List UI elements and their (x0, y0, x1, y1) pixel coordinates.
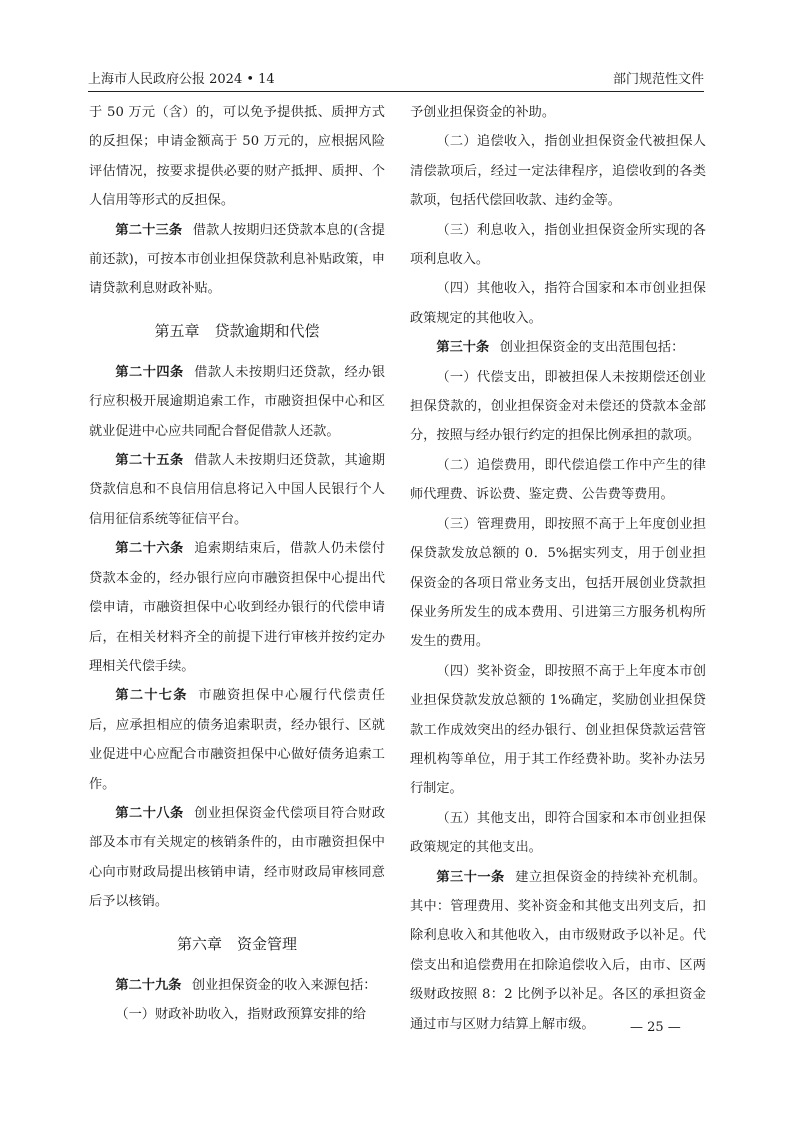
article-text: 创业担保资金的支出范围包括： (500, 340, 685, 355)
article-27: 第二十七条市融资担保中心履行代偿责任后，应承担相应的债务追索职责，经办银行、区就… (89, 681, 385, 799)
chapter-heading: 第六章 资金管理 (89, 929, 385, 959)
section-title: 部门规范性文件 (613, 68, 704, 87)
list-item: （一）代偿支出，即被担保人未按期偿还创业担保贷款的，创业担保资金对未偿还的贷款本… (410, 363, 706, 451)
list-item: （四）奖补资金，即按照不高于上年度本市创业担保贷款发放总额的 1%确定，奖励创业… (410, 657, 706, 804)
header-rule (88, 91, 704, 92)
list-item: （三）利息收入，指创业担保资金所实现的各项利息收入。 (410, 216, 706, 275)
article-title: 第三十条 (436, 340, 489, 355)
article-23: 第二十三条借款人按期归还贷款本息的(含提前还款)，可按本市创业担保贷款利息补贴政… (89, 216, 385, 304)
article-25: 第二十五条借款人未按期归还贷款，其逾期贷款信息和不良信用信息将记入中国人民银行个… (89, 446, 385, 534)
left-column: 于 50 万元（含）的，可以免予提供抵、质押方式的反担保；申请金额高于 50 万… (89, 98, 385, 1029)
article-title: 第二十九条 (115, 978, 181, 993)
article-title: 第二十六条 (115, 541, 183, 556)
list-item: （一）财政补助收入，指财政预算安排的给 (89, 1000, 385, 1029)
article-26: 第二十六条追索期结束后，借款人仍未偿付贷款本金的，经办银行应向市融资担保中心提出… (89, 534, 385, 681)
publication-title: 上海市人民政府公报 2024 • 14 (88, 68, 275, 87)
list-item: （二）追偿费用，即代偿追偿工作中产生的律师代理费、诉讼费、鉴定费、公告费等费用。 (410, 451, 706, 510)
list-item: （四）其他收入，指符合国家和本市创业担保政策规定的其他收入。 (410, 274, 706, 333)
page-number: — 25 — (630, 1020, 681, 1035)
article-text: 追索期结束后，借款人仍未偿付贷款本金的，经办银行应向市融资担保中心提出代偿申请，… (89, 541, 385, 674)
paragraph: 予创业担保资金的补助。 (410, 98, 706, 127)
article-30: 第三十条创业担保资金的支出范围包括： (410, 333, 706, 362)
paragraph: 于 50 万元（含）的，可以免予提供抵、质押方式的反担保；申请金额高于 50 万… (89, 98, 385, 216)
article-title: 第三十一条 (436, 870, 504, 885)
article-29: 第二十九条创业担保资金的收入来源包括： (89, 971, 385, 1000)
article-28: 第二十八条创业担保资金代偿项目符合财政部及本市有关规定的核销条件的，由市融资担保… (89, 799, 385, 917)
article-title: 第二十五条 (115, 453, 183, 468)
article-title: 第二十三条 (115, 223, 182, 238)
article-title: 第二十八条 (115, 806, 183, 821)
article-text: 建立担保资金的持续补充机制。其中：管理费用、奖补资金和其他支出列支后，扣除利息收… (410, 870, 706, 1032)
article-text: 创业担保资金的收入来源包括： (192, 978, 377, 993)
article-24: 第二十四条借款人未按期归还贷款，经办银行应积极开展逾期追索工作，市融资担保中心和… (89, 358, 385, 446)
list-item: （二）追偿收入，指创业担保资金代被担保人清偿款项后，经过一定法律程序，追偿收到的… (410, 127, 706, 215)
list-item: （三）管理费用，即按照不高于上年度创业担保贷款发放总额的 0．5%据实列支，用于… (410, 510, 706, 657)
running-header: 上海市人民政府公报 2024 • 14 部门规范性文件 (88, 66, 704, 90)
article-text: 创业担保资金代偿项目符合财政部及本市有关规定的核销条件的，由市融资担保中心向市财… (89, 806, 385, 909)
chapter-heading: 第五章 贷款逾期和代偿 (89, 316, 385, 346)
article-title: 第二十七条 (115, 688, 187, 703)
article-31: 第三十一条建立担保资金的持续补充机制。其中：管理费用、奖补资金和其他支出列支后，… (410, 863, 706, 1039)
right-column: 予创业担保资金的补助。 （二）追偿收入，指创业担保资金代被担保人清偿款项后，经过… (410, 98, 706, 1039)
article-title: 第二十四条 (115, 365, 183, 380)
list-item: （五）其他支出，即符合国家和本市创业担保政策规定的其他支出。 (410, 804, 706, 863)
article-text: 市融资担保中心履行代偿责任后，应承担相应的债务追索职责，经办银行、区就业促进中心… (89, 688, 385, 791)
